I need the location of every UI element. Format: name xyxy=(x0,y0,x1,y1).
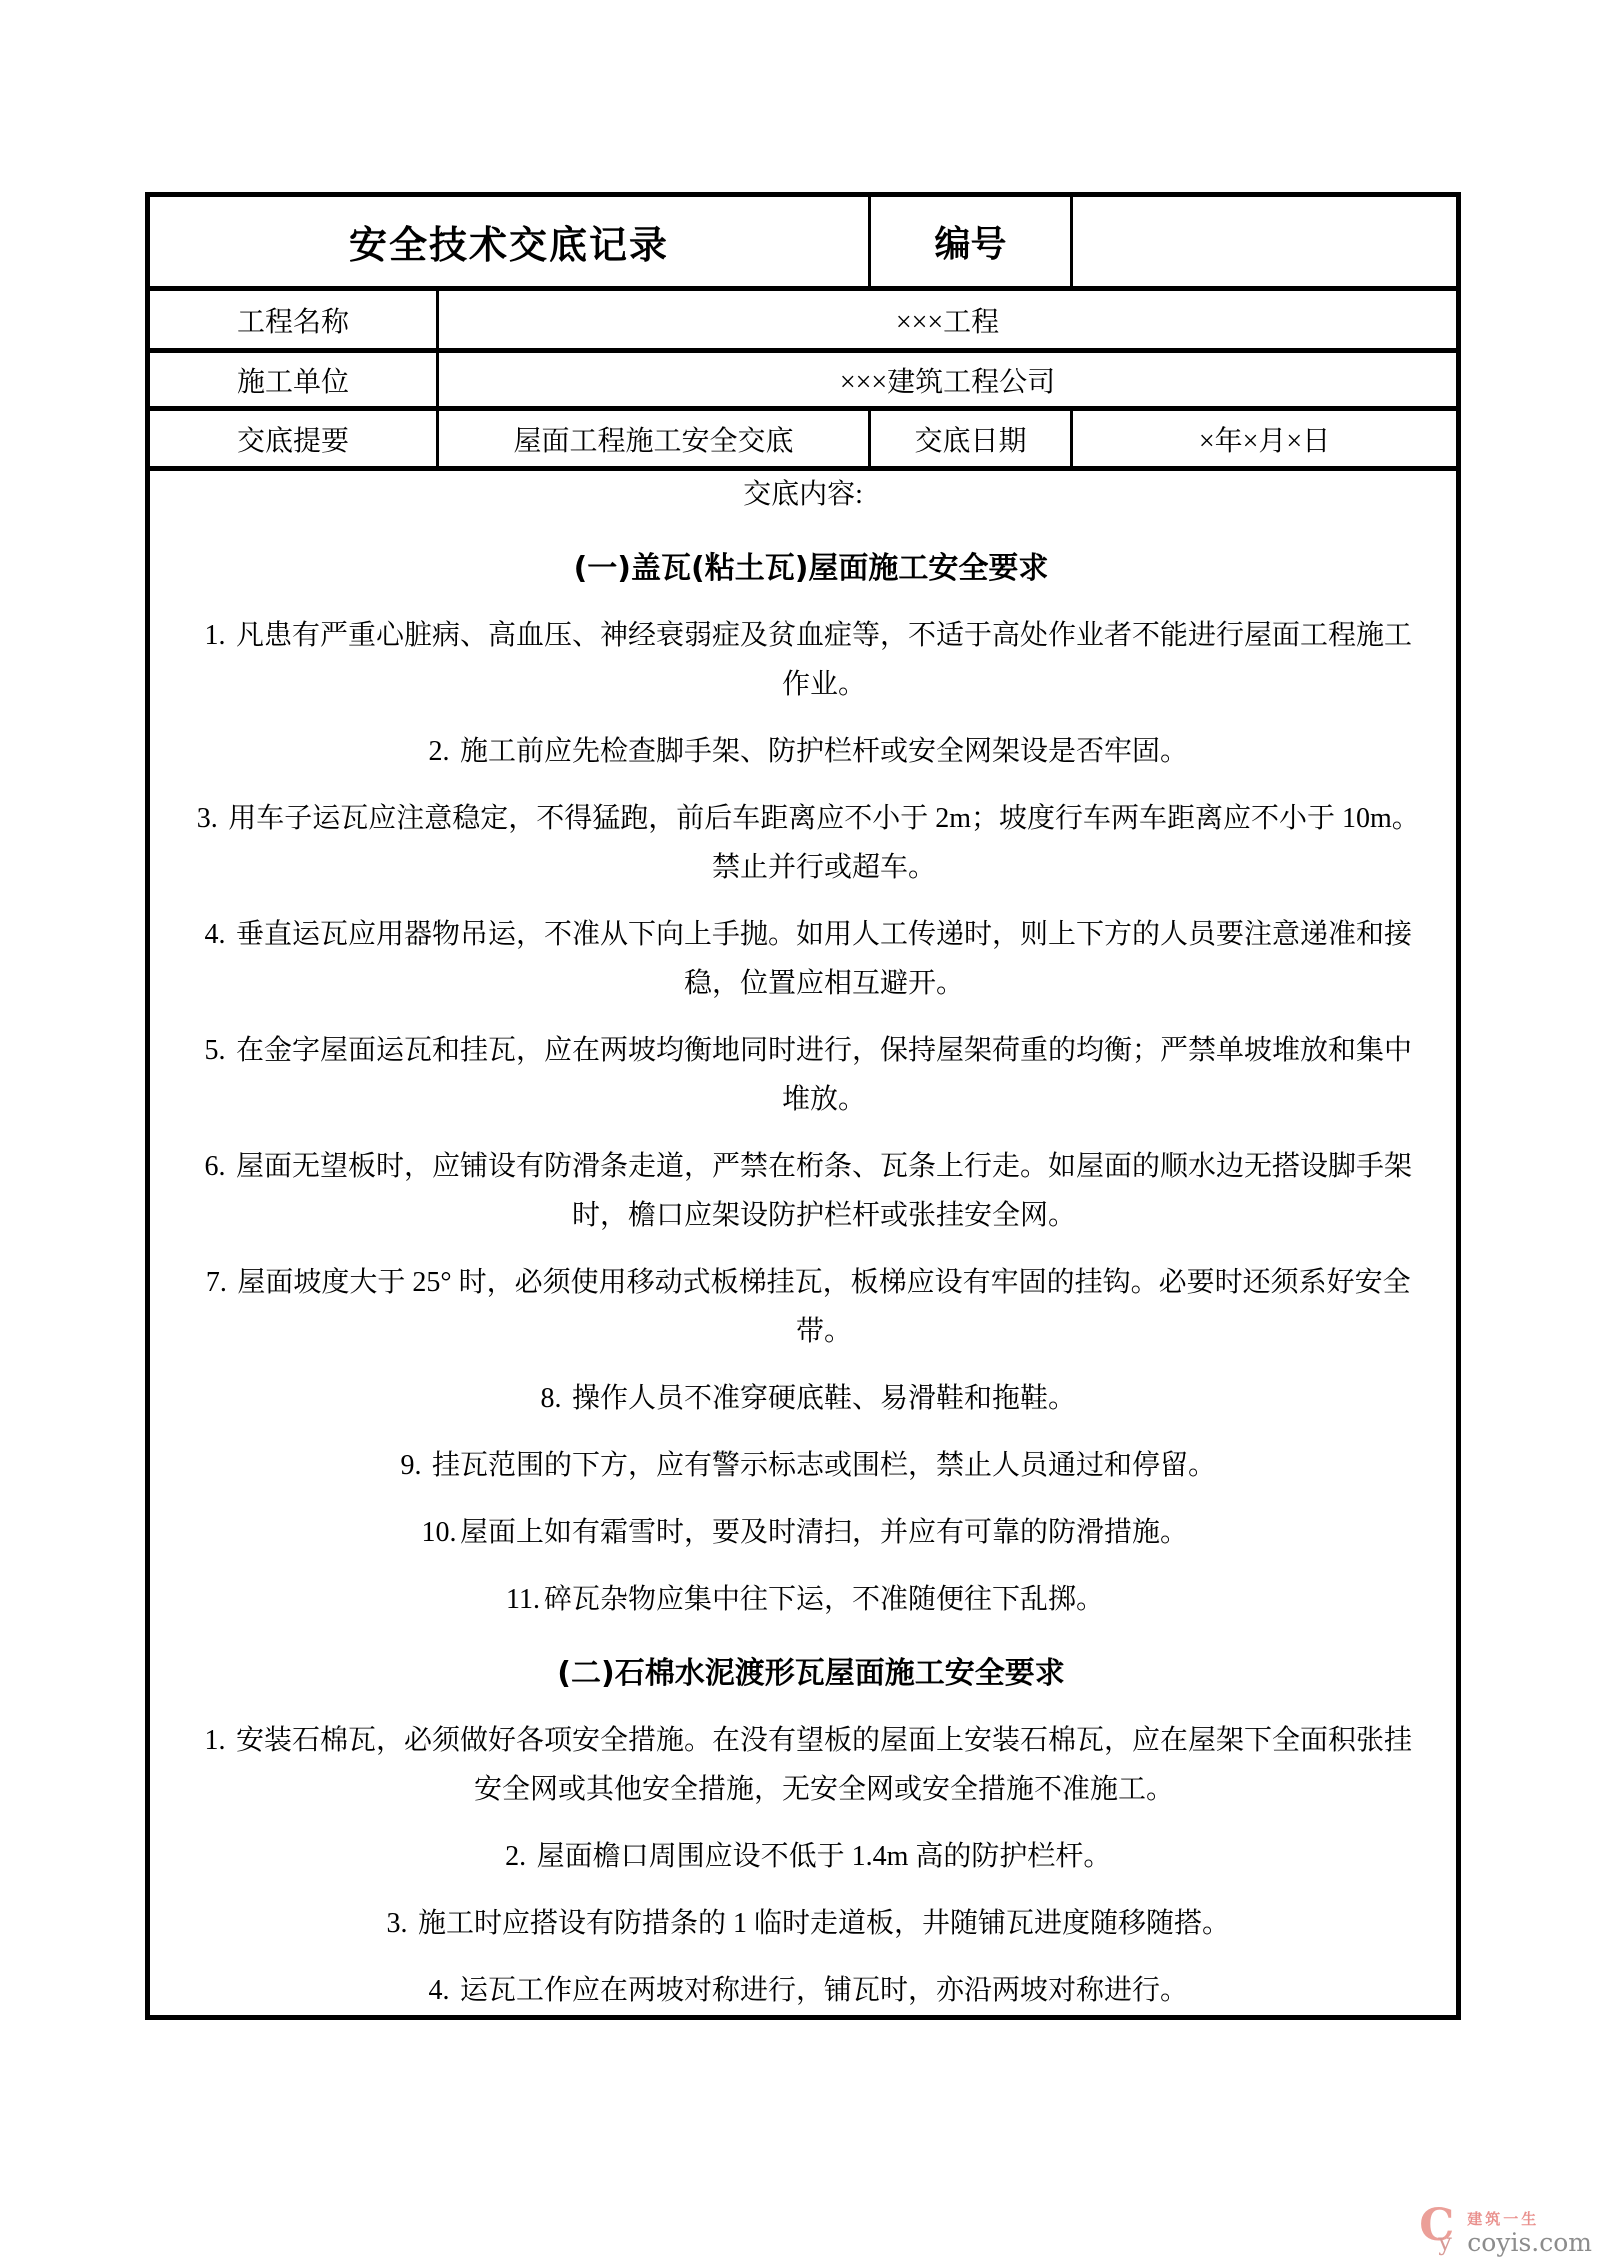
disclosure-summary-label: 交底提要 xyxy=(148,409,438,469)
item-number: 10. xyxy=(418,1508,460,1557)
list-item: 2.施工前应先检查脚手架、防护栏杆或安全网架设是否牢固。 xyxy=(150,727,1456,776)
item-number: 5. xyxy=(194,1026,236,1075)
doc-number-label: 编号 xyxy=(870,195,1072,289)
disclosure-date-label: 交底日期 xyxy=(870,409,1072,469)
list-item: 1.凡患有严重心脏病、高血压、神经衰弱症及贫血症等，不适于高处作业者不能进行屋面… xyxy=(150,611,1456,709)
item-text: 用车子运瓦应注意稳定，不得猛跑，前后车距离应不小于 2m；坡度行车两车距离应不小… xyxy=(228,803,1420,883)
construction-unit-label: 施工单位 xyxy=(148,351,438,409)
item-text: 凡患有严重心脏病、高血压、神经衰弱症及贫血症等，不适于高处作业者不能进行屋面工程… xyxy=(236,620,1412,700)
item-number: 9. xyxy=(390,1441,432,1490)
item-number: 3. xyxy=(376,1899,418,1948)
item-text: 屋面无望板时，应铺设有防滑条走道，严禁在桁条、瓦条上行走。如屋面的顺水边无搭设脚… xyxy=(236,1151,1412,1231)
list-item: 2.屋面檐口周围应设不低于 1.4m 高的防护栏杆。 xyxy=(150,1832,1456,1881)
item-text: 屋面坡度大于 25° 时，必须使用移动式板梯挂瓦，板梯应设有牢固的挂钩。必要时还… xyxy=(237,1267,1410,1347)
watermark-text: 建筑一生 coyis.com xyxy=(1467,2212,1592,2258)
safety-disclosure-table: 安全技术交底记录 编号 工程名称 ×××工程 施工单位 ×××建筑工程公司 交底… xyxy=(145,192,1461,2020)
list-item: 3.用车子运瓦应注意稳定，不得猛跑，前后车距离应不小于 2m；坡度行车两车距离应… xyxy=(150,794,1456,892)
item-number: 2. xyxy=(495,1832,537,1881)
doc-number-value xyxy=(1072,195,1459,289)
logo-letter-y: y xyxy=(1438,2230,1452,2254)
list-item: 8.操作人员不准穿硬底鞋、易滑鞋和拖鞋。 xyxy=(150,1374,1456,1423)
list-item: 3.施工时应搭设有防措条的 1 临时走道板，井随铺瓦进度随移随搭。 xyxy=(150,1899,1456,1948)
item-text: 垂直运瓦应用器物吊运，不准从下向上手抛。如用人工传递时，则上下方的人员要注意递准… xyxy=(236,919,1412,999)
list-item: 10.屋面上如有霜雪时，要及时清扫，并应有可靠的防滑措施。 xyxy=(150,1508,1456,1557)
item-number: 3. xyxy=(186,794,228,843)
watermark-brand: 建筑一生 xyxy=(1467,2212,1592,2229)
section-1-heading: (一)盖瓦(粘土瓦)屋面施工安全要求 xyxy=(166,545,1456,593)
item-text: 碎瓦杂物应集中往下运，不准随便往下乱掷。 xyxy=(544,1584,1104,1615)
list-item: 4.垂直运瓦应用器物吊运，不准从下向上手抛。如用人工传递时，则上下方的人员要注意… xyxy=(150,910,1456,1008)
item-number: 4. xyxy=(194,910,236,959)
item-number: 6. xyxy=(194,1142,236,1191)
item-number: 8. xyxy=(530,1374,572,1423)
list-item: 11.碎瓦杂物应集中往下运，不准随便往下乱掷。 xyxy=(150,1575,1456,1624)
document-page: 安全技术交底记录 编号 工程名称 ×××工程 施工单位 ×××建筑工程公司 交底… xyxy=(0,0,1600,2262)
item-text: 挂瓦范围的下方，应有警示标志或围栏，禁止人员通过和停留。 xyxy=(432,1450,1216,1481)
item-text: 屋面上如有霜雪时，要及时清扫，并应有可靠的防滑措施。 xyxy=(460,1517,1188,1548)
content-intro-label: 交底内容: xyxy=(150,471,1456,519)
item-text: 在金字屋面运瓦和挂瓦，应在两坡均衡地同时进行，保持屋架荷重的均衡；严禁单坡堆放和… xyxy=(236,1035,1412,1115)
item-number: 4. xyxy=(418,1966,460,2015)
construction-unit-value: ×××建筑工程公司 xyxy=(438,351,1459,409)
item-number: 2. xyxy=(418,727,460,776)
disclosure-summary-value: 屋面工程施工安全交底 xyxy=(438,409,870,469)
item-text: 屋面檐口周围应设不低于 1.4m 高的防护栏杆。 xyxy=(537,1841,1112,1872)
item-text: 施工时应搭设有防措条的 1 临时走道板，井随铺瓦进度随移随搭。 xyxy=(418,1908,1230,1939)
watermark: C y 建筑一生 coyis.com xyxy=(1419,2208,1592,2258)
item-number: 1. xyxy=(194,611,236,660)
project-name-label: 工程名称 xyxy=(148,289,438,351)
list-item: 9.挂瓦范围的下方，应有警示标志或围栏，禁止人员通过和停留。 xyxy=(150,1441,1456,1490)
disclosure-date-value: ×年×月×日 xyxy=(1072,409,1459,469)
disclosure-content-cell: 交底内容: (一)盖瓦(粘土瓦)屋面施工安全要求 1.凡患有严重心脏病、高血压、… xyxy=(148,469,1459,2018)
list-item: 6.屋面无望板时，应铺设有防滑条走道，严禁在桁条、瓦条上行走。如屋面的顺水边无搭… xyxy=(150,1142,1456,1240)
page-title: 安全技术交底记录 xyxy=(148,195,870,289)
list-item: 1.安装石棉瓦，必须做好各项安全措施。在没有望板的屋面上安装石棉瓦，应在屋架下全… xyxy=(150,1716,1456,1814)
item-text: 运瓦工作应在两坡对称进行，铺瓦时，亦沿两坡对称进行。 xyxy=(460,1975,1188,2006)
item-text: 安装石棉瓦，必须做好各项安全措施。在没有望板的屋面上安装石棉瓦，应在屋架下全面积… xyxy=(236,1725,1412,1805)
item-number: 7. xyxy=(195,1258,237,1307)
item-number: 11. xyxy=(502,1575,544,1624)
project-name-value: ×××工程 xyxy=(438,289,1459,351)
list-item: 7.屋面坡度大于 25° 时，必须使用移动式板梯挂瓦，板梯应设有牢固的挂钩。必要… xyxy=(150,1258,1456,1356)
list-item: 5.在金字屋面运瓦和挂瓦，应在两坡均衡地同时进行，保持屋架荷重的均衡；严禁单坡堆… xyxy=(150,1026,1456,1124)
section-2-heading: (二)石棉水泥渡形瓦屋面施工安全要求 xyxy=(166,1650,1456,1698)
list-item: 4.运瓦工作应在两坡对称进行，铺瓦时，亦沿两坡对称进行。 xyxy=(150,1966,1456,2015)
coyis-logo-icon: C y xyxy=(1419,2208,1461,2258)
watermark-site: coyis.com xyxy=(1467,2229,1592,2257)
item-text: 操作人员不准穿硬底鞋、易滑鞋和拖鞋。 xyxy=(572,1383,1076,1414)
item-text: 施工前应先检查脚手架、防护栏杆或安全网架设是否牢固。 xyxy=(460,736,1188,767)
item-number: 1. xyxy=(194,1716,236,1765)
